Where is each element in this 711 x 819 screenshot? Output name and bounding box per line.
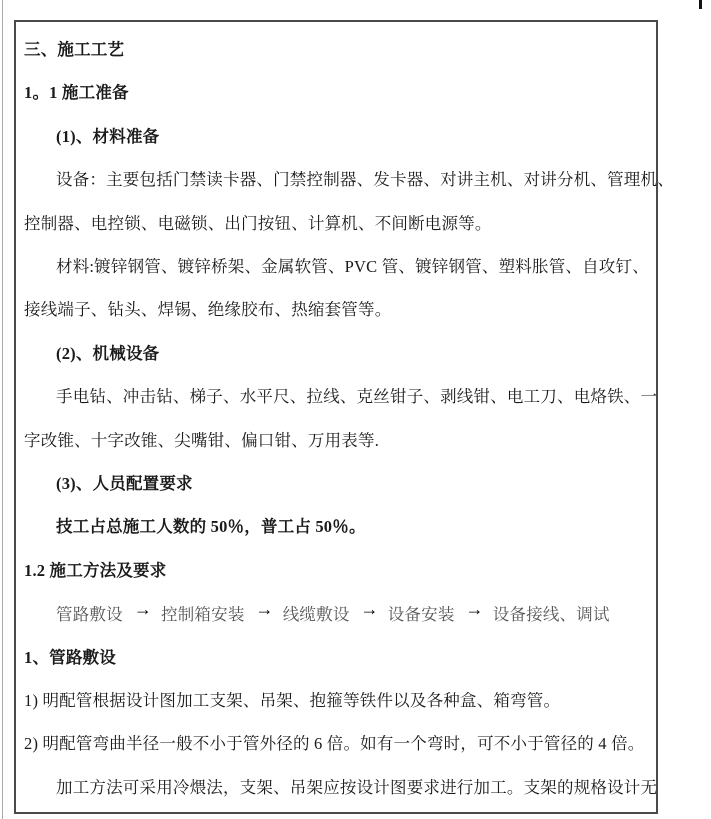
flow-arrow-icon: → <box>256 596 274 622</box>
text-line: 三、施工工艺 <box>24 37 124 63</box>
flow-arrow-icon: → <box>361 596 379 622</box>
text-line: (2)、机械设备 <box>56 341 159 367</box>
text-line: 1) 明配管根据设计图加工支架、吊架、抱箍等铁件以及各种盒、箱弯管。 <box>24 688 560 714</box>
flow-arrow-icon: → <box>466 596 484 622</box>
text-line: 材料:镀锌钢管、镀锌桥架、金属软管、PVC 管、镀锌钢管、塑料胀管、自攻钉、 <box>56 254 649 280</box>
text-line: 2) 明配管弯曲半径一般不小于管外径的 6 倍。如有一个弯时，可不小于管径的 4… <box>24 731 644 757</box>
text-line: 1。1 施工准备 <box>24 80 129 106</box>
text-line: 1.2 施工方法及要求 <box>24 558 166 584</box>
text-line: 设备：主要包括门禁读卡器、门禁控制器、发卡器、对讲主机、对讲分机、管理机、 <box>56 167 674 193</box>
flow-step-label: 线缆敷设 <box>283 605 350 624</box>
text-line: 技工占总施工人数的 50％，普工占 50％。 <box>56 514 366 540</box>
flow-step-label: 控制箱安装 <box>161 605 245 624</box>
text-line: 1、管路敷设 <box>24 645 116 671</box>
flow-arrow-icon: → <box>134 596 152 622</box>
flow-step-label: 管路敷设 <box>56 605 123 624</box>
text-line: (3)、人员配置要求 <box>56 471 193 497</box>
flow-step-label: 设备接线、调试 <box>493 605 610 624</box>
page-edge-divider <box>2 0 3 819</box>
text-line: 手电钻、冲击钻、梯子、水平尺、拉线、克丝钳子、剥线钳、电工刀、电烙铁、一 <box>56 384 657 410</box>
text-line: (1)、材料准备 <box>56 124 159 150</box>
text-line: 字改锥、十字改锥、尖嘴钳、偏口钳、万用表等. <box>24 428 379 454</box>
flow-step-label: 设备安装 <box>388 605 455 624</box>
text-line: 接线端子、钻头、焊锡、绝缘胶布、热缩套管等。 <box>24 297 391 323</box>
text-line: 控制器、电控锁、电磁锁、出门按钮、计算机、不间断电源等。 <box>24 211 492 237</box>
adjacent-cell-border-mark <box>699 0 702 9</box>
text-line: 加工方法可采用冷煨法，支架、吊架应按设计图要求进行加工。支架的规格设计无 <box>56 775 657 801</box>
document-table-cell: 三、施工工艺1。1 施工准备(1)、材料准备设备：主要包括门禁读卡器、门禁控制器… <box>14 20 658 814</box>
process-flow-line: 管路敷设→控制箱安装→线缆敷设→设备安装→设备接线、调试 <box>56 601 610 627</box>
